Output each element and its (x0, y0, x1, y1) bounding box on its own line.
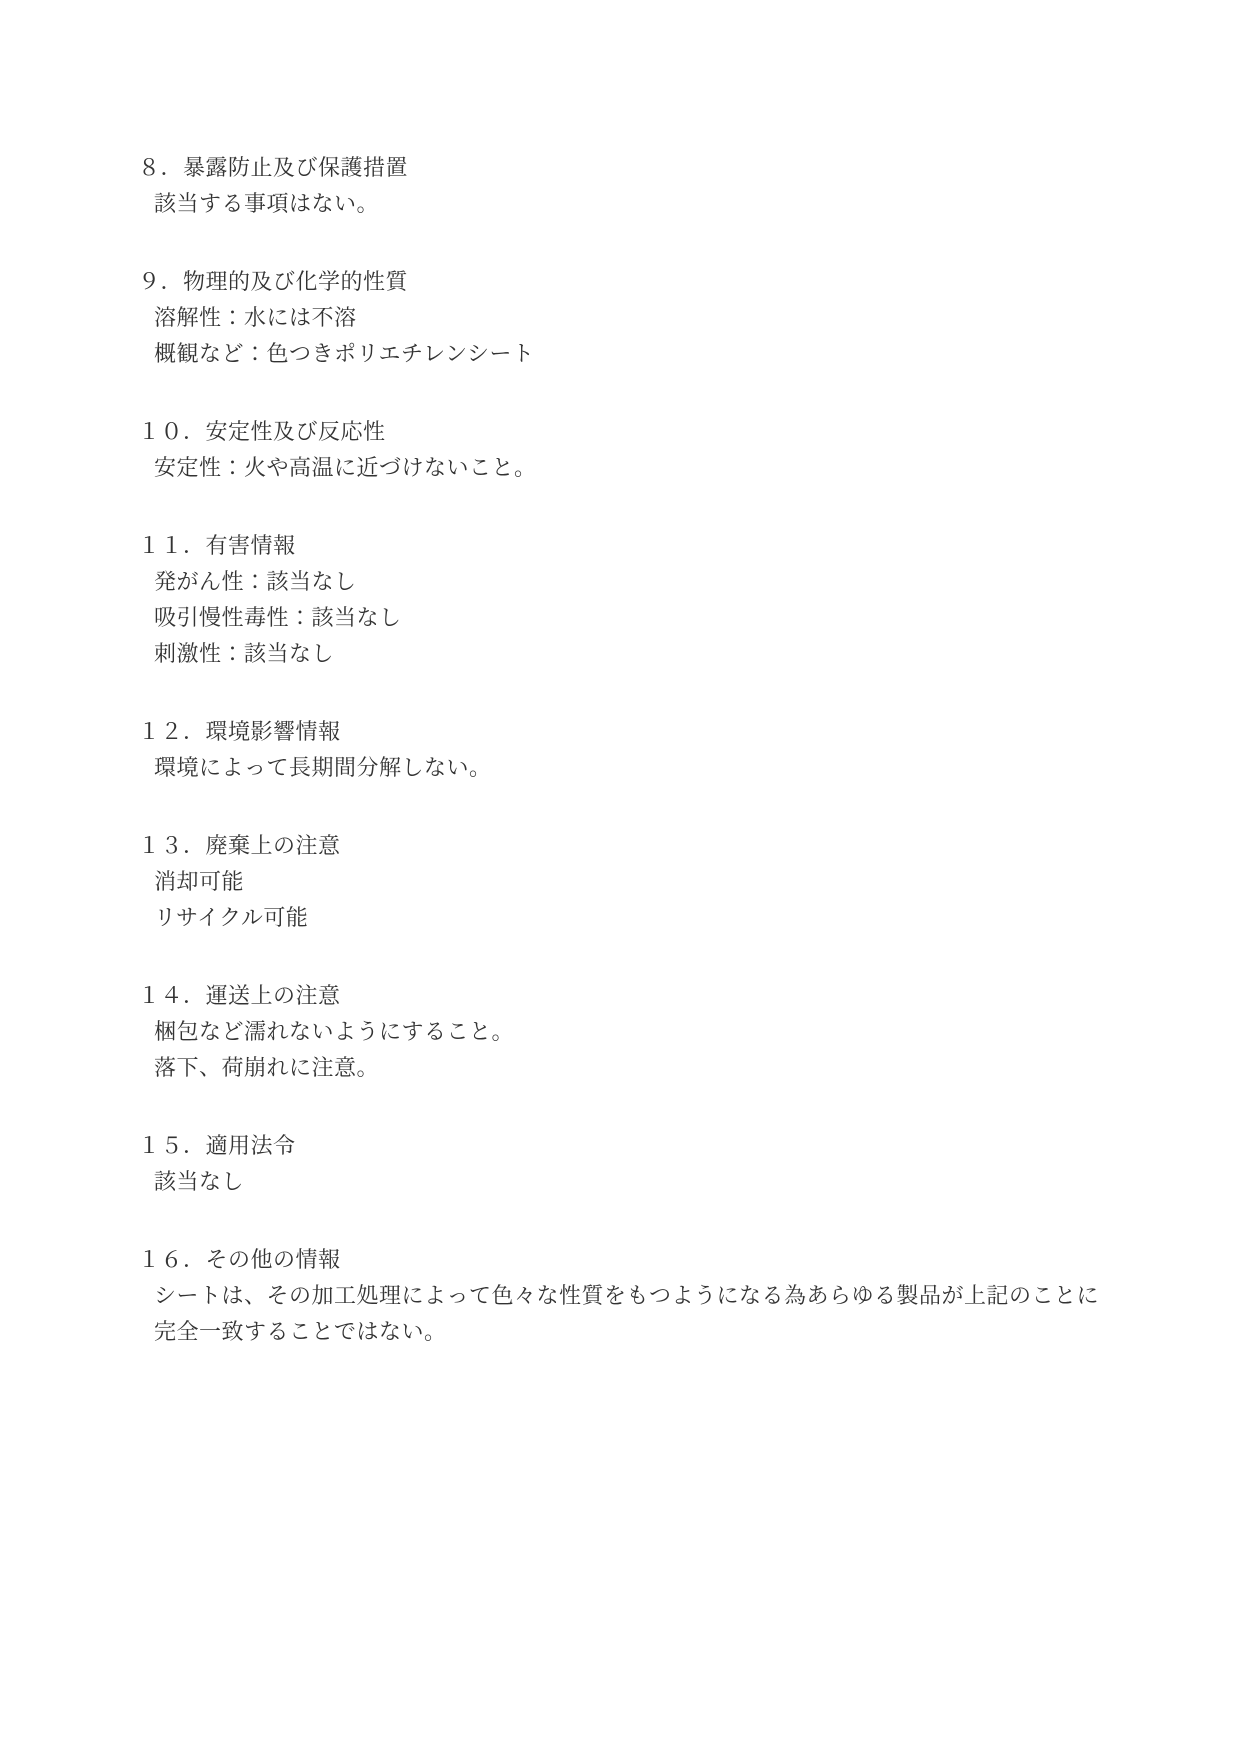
section-line: 完全一致することではない。 (138, 1314, 1181, 1350)
sds-section: １０．安定性及び反応性 安定性：火や高温に近づけないこと。 (138, 414, 1181, 486)
section-line: 環境によって長期間分解しない。 (138, 750, 1181, 786)
section-line: 溶解性：水には不溶 (138, 300, 1181, 336)
section-heading: １２．環境影響情報 (138, 714, 1181, 750)
section-line: 該当なし (138, 1164, 1181, 1200)
sds-section: ８．暴露防止及び保護措置 該当する事項はない。 (138, 150, 1181, 222)
document-page: ８．暴露防止及び保護措置 該当する事項はない。 ９．物理的及び化学的性質 溶解性… (0, 0, 1241, 1754)
section-line: 吸引慢性毒性：該当なし (138, 600, 1181, 636)
section-line: 安定性：火や高温に近づけないこと。 (138, 450, 1181, 486)
sds-section: １６．その他の情報 シートは、その加工処理によって色々な性質をもつようになる為あ… (138, 1242, 1181, 1350)
sds-section: １４．運送上の注意 梱包など濡れないようにすること。落下、荷崩れに注意。 (138, 978, 1181, 1086)
section-line: シートは、その加工処理によって色々な性質をもつようになる為あらゆる製品が上記のこ… (138, 1278, 1181, 1314)
sds-section: １１．有害情報 発がん性：該当なし吸引慢性毒性：該当なし刺激性：該当なし (138, 528, 1181, 672)
section-line: 消却可能 (138, 864, 1181, 900)
sds-section: １５．適用法令 該当なし (138, 1128, 1181, 1200)
section-heading: １５．適用法令 (138, 1128, 1181, 1164)
section-heading: ８．暴露防止及び保護措置 (138, 150, 1181, 186)
section-line: 概観など：色つきポリエチレンシート (138, 336, 1181, 372)
section-heading: １１．有害情報 (138, 528, 1181, 564)
sds-section: ９．物理的及び化学的性質 溶解性：水には不溶概観など：色つきポリエチレンシート (138, 264, 1181, 372)
section-line: 落下、荷崩れに注意。 (138, 1050, 1181, 1086)
sds-section: １２．環境影響情報 環境によって長期間分解しない。 (138, 714, 1181, 786)
section-heading: １６．その他の情報 (138, 1242, 1181, 1278)
section-heading: １３．廃棄上の注意 (138, 828, 1181, 864)
section-line: リサイクル可能 (138, 900, 1181, 936)
section-line: 該当する事項はない。 (138, 186, 1181, 222)
sds-section: １３．廃棄上の注意 消却可能リサイクル可能 (138, 828, 1181, 936)
document-body: ８．暴露防止及び保護措置 該当する事項はない。 ９．物理的及び化学的性質 溶解性… (0, 0, 1241, 1350)
section-line: 刺激性：該当なし (138, 636, 1181, 672)
section-line: 梱包など濡れないようにすること。 (138, 1014, 1181, 1050)
section-heading: １０．安定性及び反応性 (138, 414, 1181, 450)
section-line: 発がん性：該当なし (138, 564, 1181, 600)
section-heading: １４．運送上の注意 (138, 978, 1181, 1014)
section-heading: ９．物理的及び化学的性質 (138, 264, 1181, 300)
